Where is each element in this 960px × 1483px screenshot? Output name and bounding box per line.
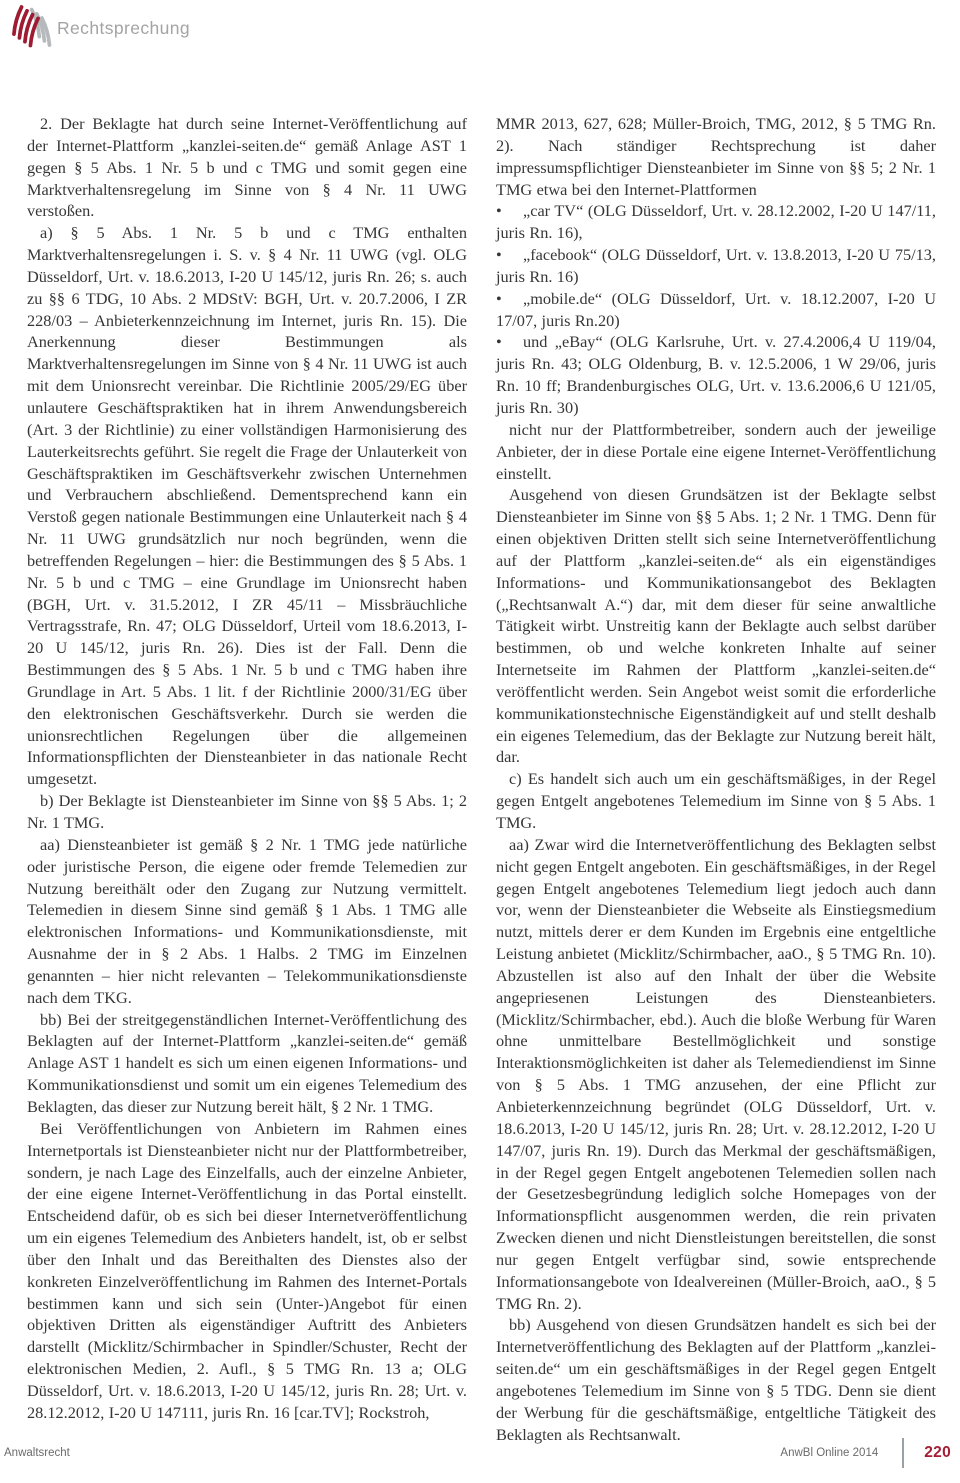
footer-journal-label: AnwBl Online 2014	[780, 1447, 878, 1459]
bullet-item: •„car TV“ (OLG Düsseldorf, Urt. v. 28.12…	[496, 200, 936, 244]
page-footer: Anwaltsrecht AnwBl Online 2014 220	[4, 1432, 951, 1474]
bullet-icon: •	[496, 288, 523, 310]
bullet-item: •„facebook“ (OLG Düsseldorf, Urt. v. 13.…	[496, 244, 936, 288]
bullet-icon: •	[496, 331, 523, 353]
paragraph: c) Es handelt sich auch um ein geschäfts…	[496, 768, 936, 834]
page-root: Rechtsprechung 2. Der Beklagte hat durch…	[0, 0, 960, 1483]
paragraph: Bei Veröffentlichungen von Anbietern im …	[27, 1118, 467, 1424]
article-body: 2. Der Beklagte hat durch seine Internet…	[27, 113, 935, 1445]
bullet-text: und „eBay“ (OLG Karlsruhe, Urt. v. 27.4.…	[496, 332, 936, 417]
page-number: 220	[924, 1444, 951, 1462]
bullet-text: „mobile.de“ (OLG Düsseldorf, Urt. v. 18.…	[496, 289, 936, 330]
paragraph: nicht nur der Plattformbetreiber, sonder…	[496, 419, 936, 485]
footer-section-label: Anwaltsrecht	[4, 1447, 70, 1459]
bullet-item: •und „eBay“ (OLG Karlsruhe, Urt. v. 27.4…	[496, 331, 936, 418]
bullet-icon: •	[496, 244, 523, 266]
anwaltsblatt-logo-icon	[8, 4, 52, 54]
footer-divider	[902, 1438, 904, 1468]
paragraph: 2. Der Beklagte hat durch seine Internet…	[27, 113, 467, 222]
column-right: MMR 2013, 627, 628; Müller-Broich, TMG, …	[496, 113, 936, 1445]
paragraph: aa) Diensteanbieter ist gemäß § 2 Nr. 1 …	[27, 834, 467, 1009]
bullet-icon: •	[496, 200, 523, 222]
column-left: 2. Der Beklagte hat durch seine Internet…	[27, 113, 467, 1445]
paragraph: MMR 2013, 627, 628; Müller-Broich, TMG, …	[496, 113, 936, 200]
paragraph: b) Der Beklagte ist Diensteanbieter im S…	[27, 790, 467, 834]
bullet-text: „facebook“ (OLG Düsseldorf, Urt. v. 13.8…	[496, 245, 936, 286]
paragraph: aa) Zwar wird die Internetveröffentlichu…	[496, 834, 936, 1315]
bullet-text: „car TV“ (OLG Düsseldorf, Urt. v. 28.12.…	[496, 201, 936, 242]
paragraph: a) § 5 Abs. 1 Nr. 5 b und c TMG enthalte…	[27, 222, 467, 790]
paragraph: bb) Bei der streitgegenständlichen Inter…	[27, 1009, 467, 1118]
paragraph: Ausgehend von diesen Grundsätzen ist der…	[496, 484, 936, 768]
section-title: Rechtsprechung	[57, 18, 190, 39]
paragraph: bb) Ausgehend von diesen Grundsätzen han…	[496, 1314, 936, 1445]
bullet-item: •„mobile.de“ (OLG Düsseldorf, Urt. v. 18…	[496, 288, 936, 332]
